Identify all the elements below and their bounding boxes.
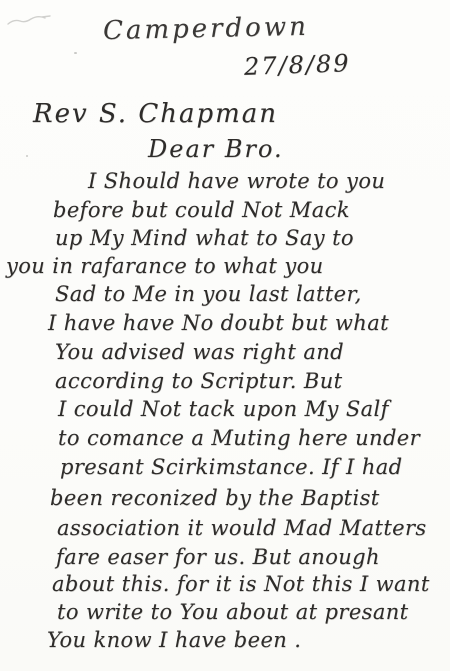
letter-line: You advised was right and	[55, 342, 344, 363]
letter-line: you in rafarance to what you	[6, 256, 324, 277]
letter-line: I Should have wrote to you	[88, 171, 385, 192]
letter-place: Camperdown	[103, 14, 309, 44]
letter-line: to comance a Muting here under	[58, 428, 420, 449]
letter-line: been reconized by the Baptist	[50, 488, 380, 509]
letter-line: I have have No doubt but what	[48, 313, 389, 334]
letter-line: I could Not tack upon My Salf	[58, 399, 389, 420]
letter-line: association it would Mad Matters	[57, 518, 427, 539]
letter-date: 27/8/89	[244, 51, 351, 79]
letter-line: about this. for it is Not this I want	[52, 574, 430, 595]
scan-smudge	[4, 8, 114, 34]
letter-line: according to Scriptur. But	[55, 371, 342, 392]
scan-speck	[26, 155, 28, 157]
letter-line: presant Scirkimstance. If I had	[60, 457, 403, 478]
letter-line: to write to You about at presant	[57, 602, 409, 623]
scan-speck	[74, 52, 77, 54]
letter-line: before but could Not Mack	[53, 200, 350, 221]
letter-line: Sad to Me in you last latter,	[55, 284, 362, 305]
letter-line: fare easer for us. But anough	[56, 547, 380, 568]
letter-line: You know I have been .	[47, 630, 301, 651]
letter-recipient: Rev S. Chapman	[33, 101, 278, 127]
letter-page: Camperdown 27/8/89 Rev S. Chapman Dear B…	[0, 0, 450, 671]
letter-salutation: Dear Bro.	[148, 137, 284, 161]
letter-line: up My Mind what to Say to	[55, 228, 354, 249]
